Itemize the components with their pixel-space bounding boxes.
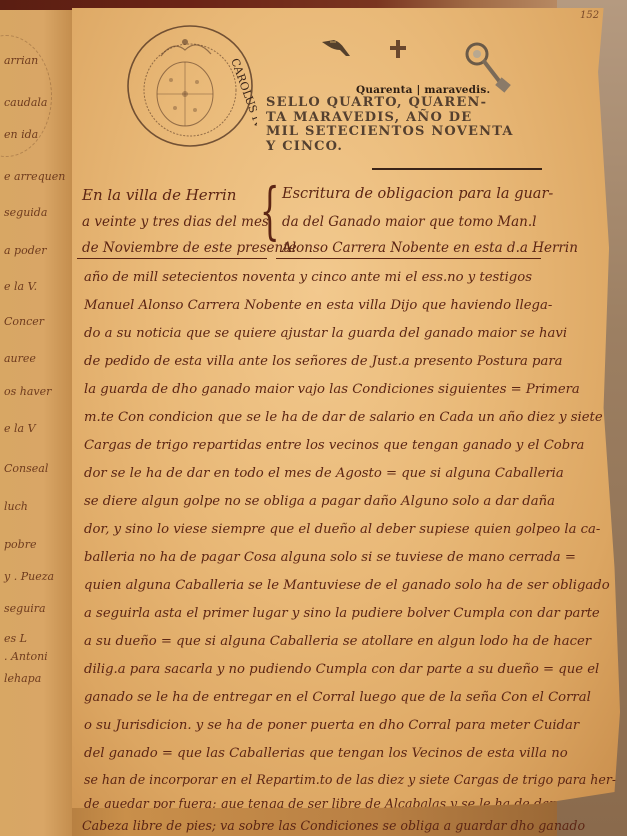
left-line: lehapa [4,672,41,685]
title-line: Escritura de obligacion para la guar- [282,186,553,202]
left-line: e arrequen [4,170,65,183]
body-line: balleria no ha de pagar Cosa alguna solo… [84,550,576,565]
margin-line: a veinte y tres dias del mes [82,214,269,230]
left-line: es L [4,632,27,645]
left-line: . Antoni [4,650,48,663]
pointing-hand-ornament-icon [320,36,352,58]
left-line: e la V [4,422,36,435]
left-page-fragment: arrian caudala en ida e arrequen seguida… [0,10,72,836]
body-line: de pedido de esta villa ante los señores… [84,354,563,369]
svg-text:CAROLUS IV D.G. HISP.: CAROLUS IV D.G. HISP. [228,57,257,150]
left-line: auree [4,352,36,365]
royal-seal-icon: CAROLUS IV D.G. HISP. [123,20,257,150]
stamp-underline [372,168,542,170]
body-line: Cabeza libre de pies; va sobre las Condi… [82,818,585,833]
body-line: la guarda de dho ganado maior vajo las C… [84,382,580,397]
body-line: dor se le ha de dar en todo el mes de Ag… [84,466,564,481]
body-line: a seguirla asta el primer lugar y sino l… [84,606,600,621]
left-line: y . Pueza [4,570,54,583]
body-line: dilig.a para sacarla y no pudiendo Cumpl… [84,662,599,677]
body-line: m.te Con condicion que se le ha de dar d… [84,410,603,425]
title-line: da del Ganado maior que tomo Man.l [282,214,536,230]
folio-number: 152 [580,10,599,21]
left-line: e la V. [4,280,37,293]
title-underline [276,258,541,259]
left-line: arrian [4,54,38,67]
left-line: luch [4,500,28,513]
body-line: ganado se le ha de entregar en el Corral… [84,690,591,705]
body-line: o su Jurisdicion. y se ha de poner puert… [84,718,579,733]
left-line: a poder [4,244,47,257]
left-line: caudala [4,96,47,109]
stamp-heading: Sello quarto, quaren- ta maravedis, año … [266,96,546,154]
left-line: en ida [4,128,38,141]
stamp-heading-line: mil setecientos noventa [266,125,546,140]
stamp-heading-line: Sello quarto, quaren- [266,96,546,111]
body-line: año de mill setecientos noventa y cinco … [84,270,532,285]
left-line: os haver [4,385,51,398]
body-line: dor, y sino lo viese siempre que el dueñ… [84,522,600,537]
left-line: pobre [4,538,36,551]
left-line: seguira [4,602,46,615]
margin-underline [77,258,267,259]
body-line: se diere algun golpe no se obliga a paga… [84,494,555,509]
body-line: Cargas de trigo repartidas entre los vec… [84,438,584,453]
bracket-divider: { [260,180,280,242]
title-line: Alonso Carrera Nobente en esta d.a Herri… [282,240,578,256]
body-line: se han de incorporar en el Repartim.to d… [84,772,616,787]
margin-line: En la villa de Herrin [82,186,236,204]
cross-ornament-icon [390,40,406,58]
stamp-heading-line: ta maravedis, año de [266,111,546,126]
body-line: do a su noticia que se quiere ajustar la… [84,326,567,341]
manuscript-folio: 152 CAROLUS IV D.G. HISP. Quarenta | mar… [72,8,620,808]
left-line: seguida [4,206,47,219]
left-line: Concer [4,315,44,328]
left-line: Conseal [4,462,48,475]
body-line: quien alguna Caballeria se le Mantuviese… [84,578,610,593]
stamp-heading-line: y cinco. [266,140,546,155]
body-line: a su dueño = que si alguna Caballeria se… [84,634,591,649]
body-line: del ganado = que las Caballerias que ten… [84,746,568,761]
body-line: de quedar por fuera; que tenga de ser li… [84,796,583,811]
body-line: Manuel Alonso Carrera Nobente en esta vi… [84,298,552,313]
